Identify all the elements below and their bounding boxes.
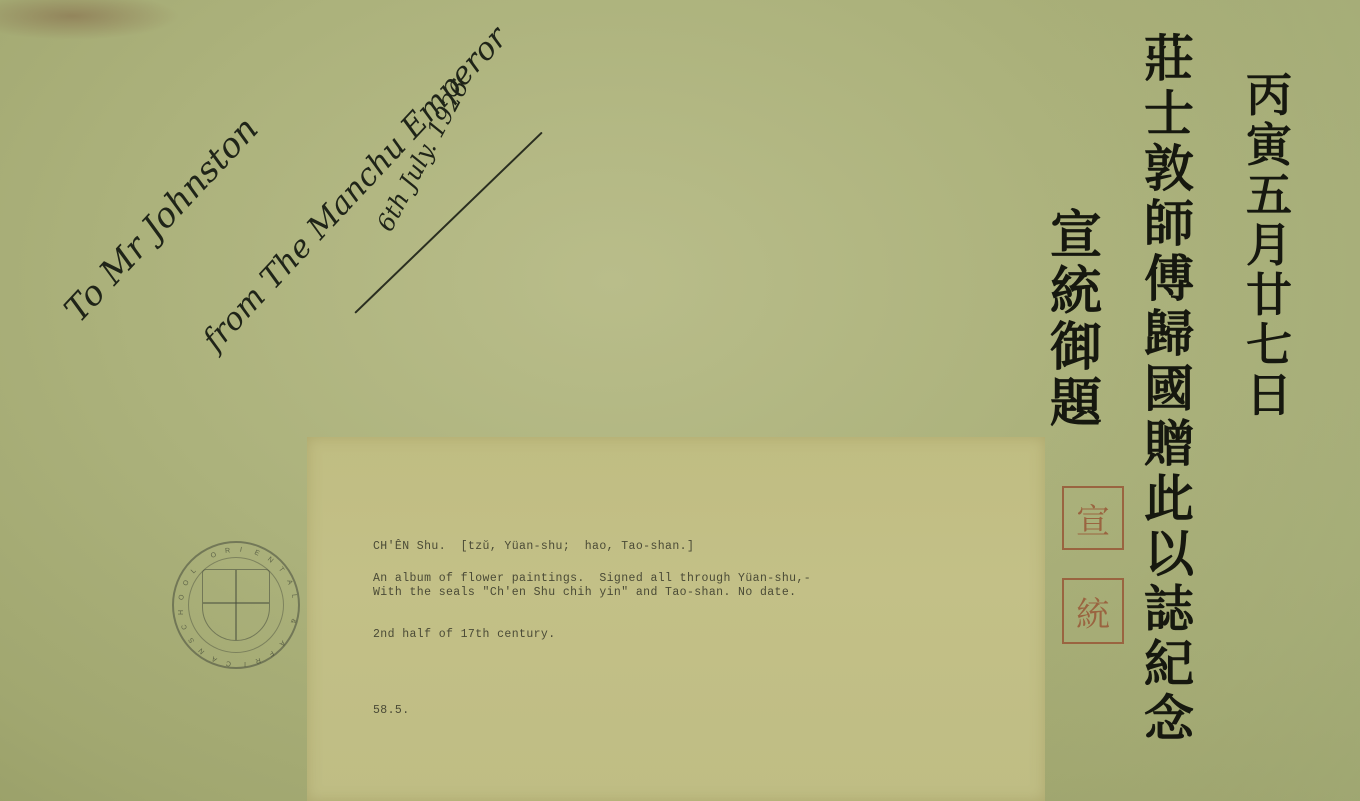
cjk-char: 國: [1144, 364, 1194, 414]
label-catalogue-number: 58.5.: [373, 704, 410, 717]
cjk-char: 贈: [1144, 419, 1194, 469]
chinese-signature-column: 宣 統 御 題: [1050, 210, 1102, 430]
cjk-char: 傅: [1144, 254, 1194, 304]
label-description-line-2: With the seals "Ch'en Shu chih yin" and …: [373, 586, 796, 599]
cjk-char: 念: [1144, 694, 1194, 744]
cjk-char: 日: [1246, 372, 1292, 418]
label-heading: CH'ÊN Shu. [tzŭ, Yüan-shu; hao, Tao-shan…: [373, 540, 694, 553]
cjk-char: 五: [1246, 172, 1292, 218]
chinese-main-column: 莊 士 敦 師 傅 歸 國 贈 此 以 誌 紀 念: [1144, 34, 1194, 744]
cjk-char: 敦: [1144, 144, 1194, 194]
cjk-char: 月: [1246, 222, 1292, 268]
cjk-char: 師: [1144, 199, 1194, 249]
cjk-char: 御: [1050, 322, 1102, 374]
cjk-char: 以: [1144, 529, 1194, 579]
cjk-char: 題: [1050, 378, 1102, 430]
catalogue-label: CH'ÊN Shu. [tzŭ, Yüan-shu; hao, Tao-shan…: [307, 437, 1045, 801]
cjk-char: 莊: [1144, 34, 1194, 84]
label-period: 2nd half of 17th century.: [373, 628, 556, 641]
cjk-char: 廿: [1246, 272, 1292, 318]
seal-tong: 統: [1062, 578, 1124, 644]
cjk-char: 歸: [1144, 309, 1194, 359]
cjk-char: 七: [1246, 322, 1292, 368]
paper-stain: [0, 0, 180, 40]
cjk-char: 士: [1144, 89, 1194, 139]
chinese-date-column: 丙 寅 五 月 廿 七 日: [1246, 72, 1292, 418]
cjk-char: 寅: [1246, 122, 1292, 168]
stamp-text: S C H O O L O R I E N T A L & A F R I C …: [174, 543, 302, 671]
cjk-char: 宣: [1050, 210, 1102, 262]
inscription-line-2: from The Manchu Emperor: [196, 20, 515, 358]
cjk-char: 統: [1050, 266, 1102, 318]
institution-stamp: S C H O O L O R I E N T A L & A F R I C …: [172, 541, 300, 669]
seal-xuan: 宣: [1062, 486, 1124, 550]
cjk-char: 誌: [1144, 584, 1194, 634]
cjk-char: 此: [1144, 474, 1194, 524]
cjk-char: 丙: [1246, 72, 1292, 118]
cjk-char: 紀: [1144, 639, 1194, 689]
label-description-line-1: An album of flower paintings. Signed all…: [373, 572, 811, 585]
